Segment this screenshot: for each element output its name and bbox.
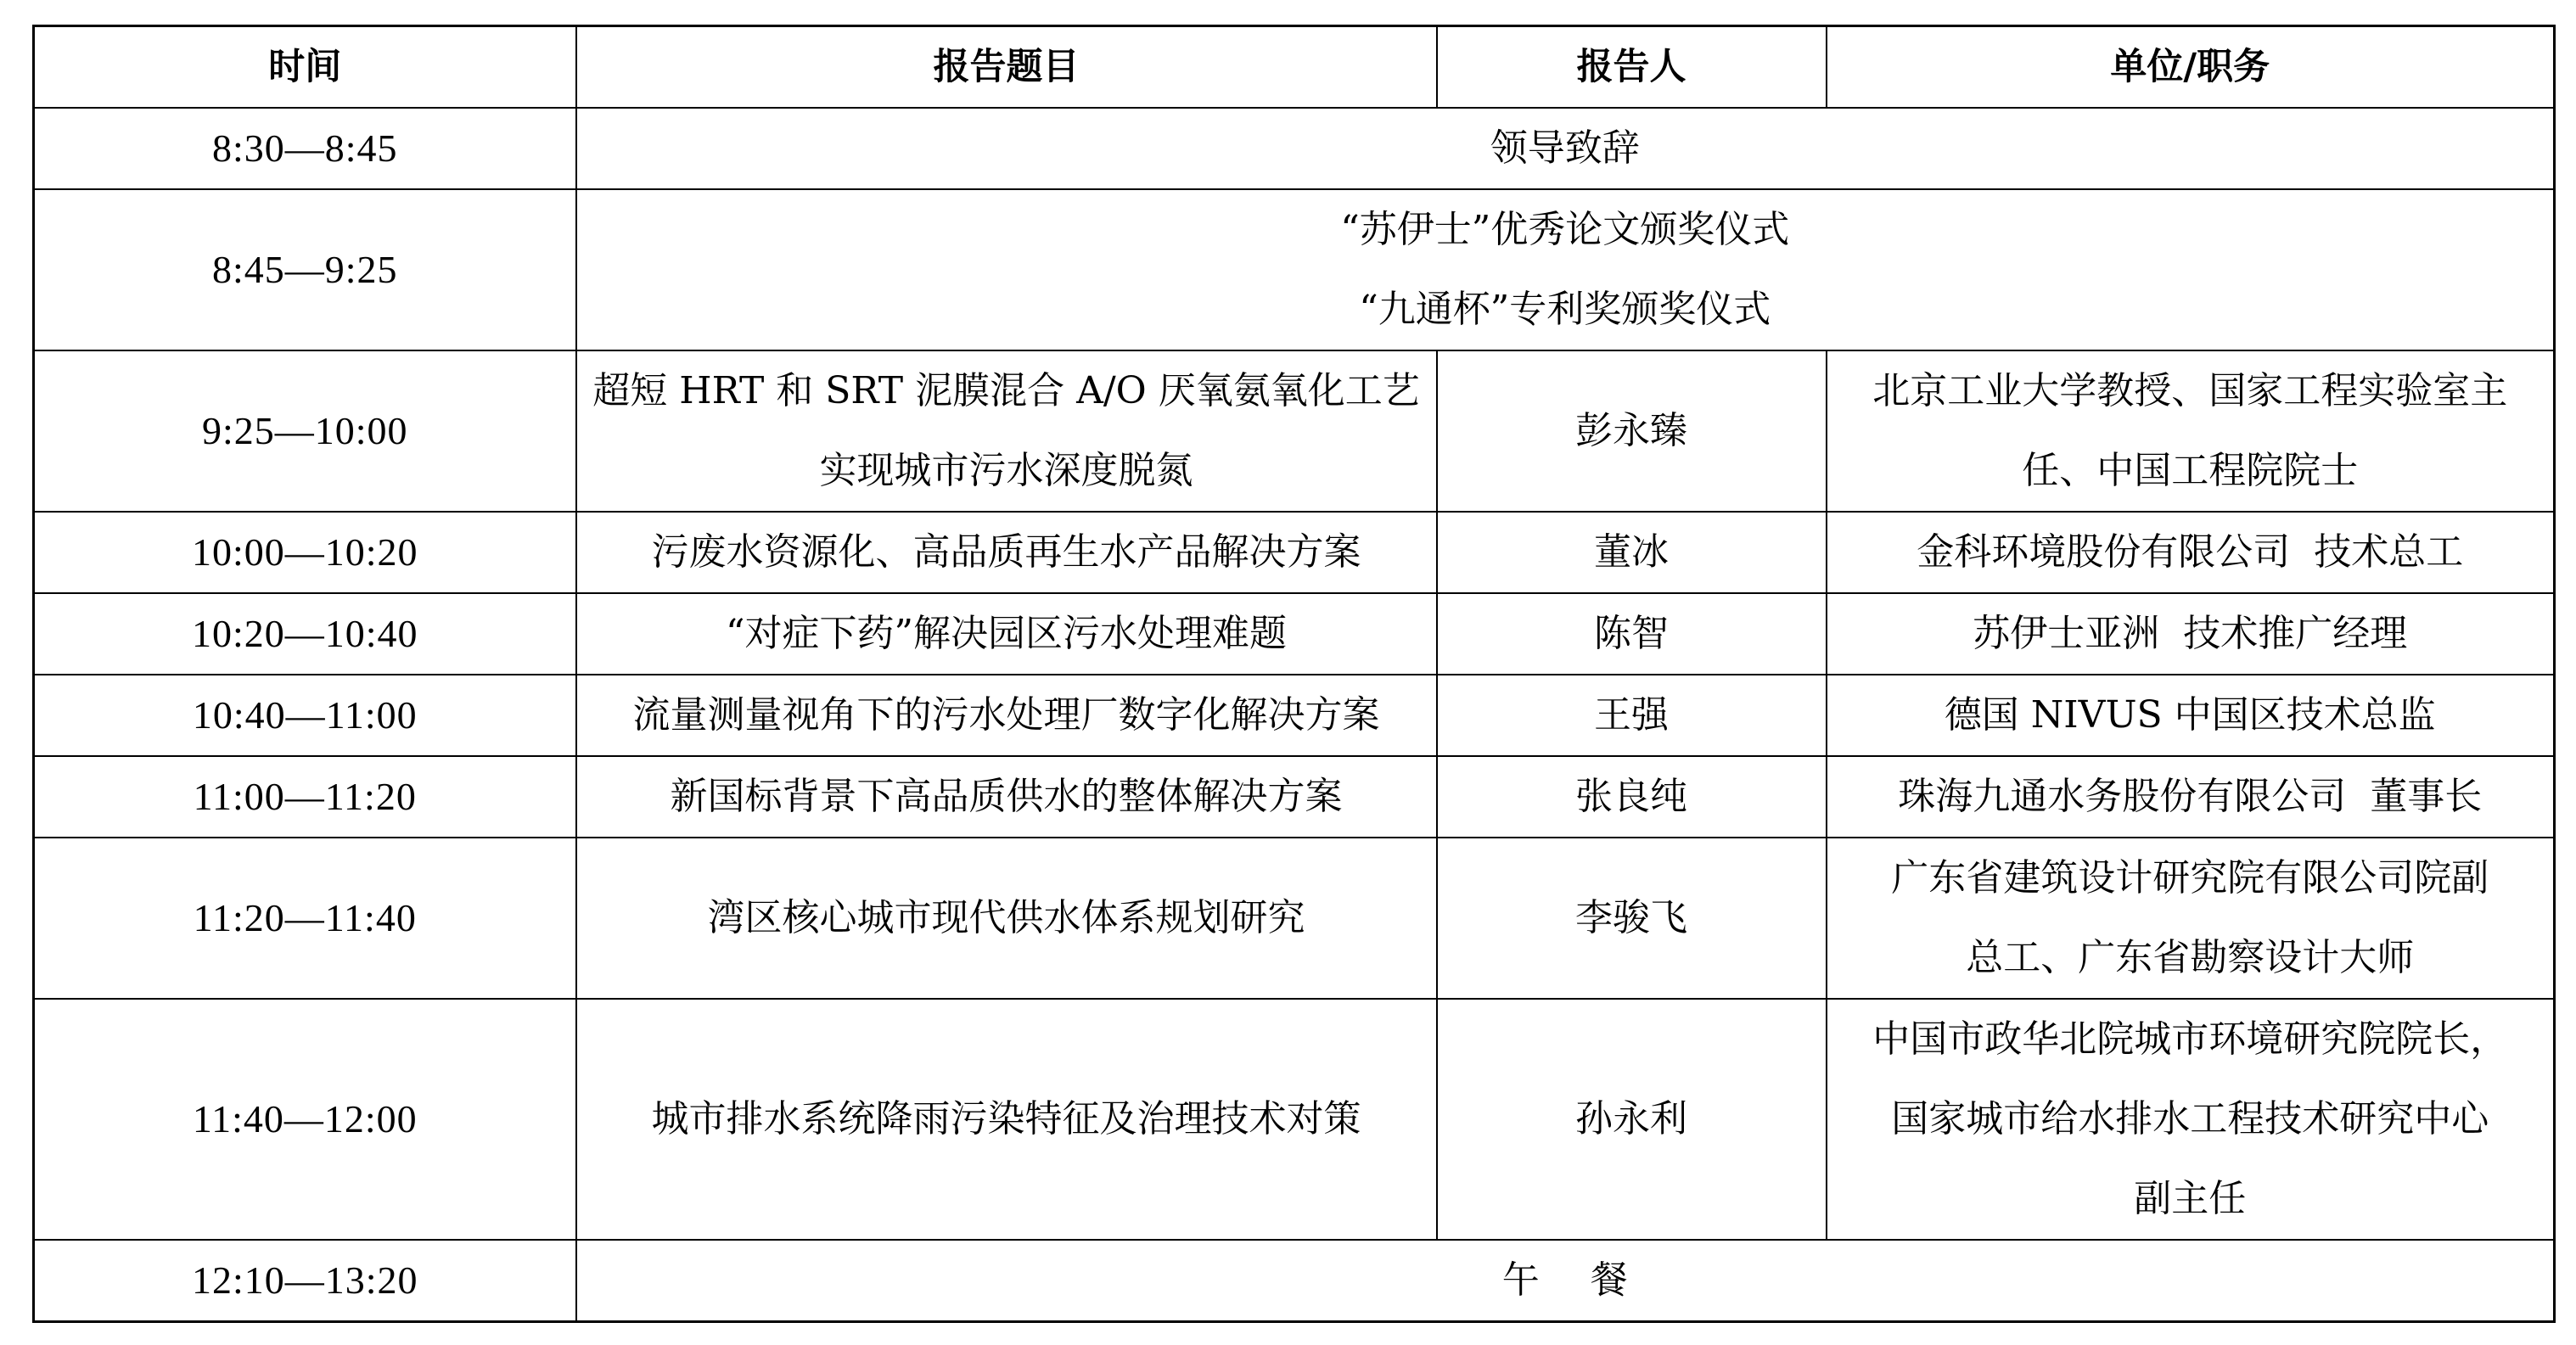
header-topic: 报告题目: [576, 26, 1437, 109]
speaker-cell: 陈智: [1437, 593, 1827, 675]
table-row: 12:10—13:20 午餐: [34, 1240, 2555, 1322]
time-cell: 10:20—10:40: [34, 593, 576, 675]
topic-cell: 污废水资源化、高品质再生水产品解决方案: [576, 512, 1437, 593]
topic-line: 实现城市污水深度脱氮: [586, 431, 1428, 511]
org-line: 金科环境股份有限公司 技术总工: [1836, 513, 2545, 592]
topic-cell: 新国标背景下高品质供水的整体解决方案: [576, 756, 1437, 838]
topic-line: 城市排水系统降雨污染特征及治理技术对策: [586, 1079, 1428, 1159]
time-cell: 11:20—11:40: [34, 838, 576, 999]
org-line: 苏伊士亚洲 技术推广经理: [1836, 594, 2545, 674]
org-cell: 北京工业大学教授、国家工程实验室主 任、中国工程院院士: [1827, 350, 2555, 512]
table-row: 11:20—11:40 湾区核心城市现代供水体系规划研究 李骏飞 广东省建筑设计…: [34, 838, 2555, 999]
topic-line: 超短 HRT 和 SRT 泥膜混合 A/O 厌氧氨氧化工艺: [586, 351, 1428, 431]
topic-cell: 超短 HRT 和 SRT 泥膜混合 A/O 厌氧氨氧化工艺 实现城市污水深度脱氮: [576, 350, 1437, 512]
table-row: 10:20—10:40 “对症下药”解决园区污水处理难题 陈智 苏伊士亚洲 技术…: [34, 593, 2555, 675]
org-cell: 广东省建筑设计研究院有限公司院副 总工、广东省勘察设计大师: [1827, 838, 2555, 999]
topic-line: “对症下药”解决园区污水处理难题: [586, 594, 1428, 674]
topic-cell: 城市排水系统降雨污染特征及治理技术对策: [576, 999, 1437, 1240]
time-cell: 8:30—8:45: [34, 108, 576, 189]
org-cell: 珠海九通水务股份有限公司 董事长: [1827, 756, 2555, 838]
time-cell: 10:40—11:00: [34, 675, 576, 756]
session-cell: “苏伊士”优秀论文颁奖仪式 “九通杯”专利奖颁奖仪式: [576, 189, 2555, 350]
table-row: 10:40—11:00 流量测量视角下的污水处理厂数字化解决方案 王强 德国 N…: [34, 675, 2555, 756]
org-line: 总工、广东省勘察设计大师: [1836, 918, 2545, 998]
session-title-part: 餐: [1591, 1258, 1628, 1302]
time-cell: 12:10—13:20: [34, 1240, 576, 1322]
org-line: 国家城市给水排水工程技术研究中心: [1836, 1079, 2545, 1159]
session-cell: 领导致辞: [576, 108, 2555, 189]
speaker-cell: 李骏飞: [1437, 838, 1827, 999]
topic-line: 湾区核心城市现代供水体系规划研究: [586, 878, 1428, 958]
header-time: 时间: [34, 26, 576, 109]
header-org: 单位/职务: [1827, 26, 2555, 109]
topic-cell: 流量测量视角下的污水处理厂数字化解决方案: [576, 675, 1437, 756]
session-cell: 午餐: [576, 1240, 2555, 1322]
org-cell: 金科环境股份有限公司 技术总工: [1827, 512, 2555, 593]
table-row: 8:30—8:45 领导致辞: [34, 108, 2555, 189]
org-line: 德国 NIVUS 中国区技术总监: [1836, 675, 2545, 755]
time-cell: 10:00—10:20: [34, 512, 576, 593]
session-title-part: 午: [1502, 1258, 1540, 1302]
session-title: “九通杯”专利奖颁奖仪式: [586, 270, 2545, 350]
time-cell: 11:40—12:00: [34, 999, 576, 1240]
org-line: 珠海九通水务股份有限公司 董事长: [1836, 757, 2545, 837]
topic-cell: 湾区核心城市现代供水体系规划研究: [576, 838, 1437, 999]
speaker-cell: 董冰: [1437, 512, 1827, 593]
speaker-cell: 彭永臻: [1437, 350, 1827, 512]
table-row: 9:25—10:00 超短 HRT 和 SRT 泥膜混合 A/O 厌氧氨氧化工艺…: [34, 350, 2555, 512]
time-cell: 9:25—10:00: [34, 350, 576, 512]
table-row: 10:00—10:20 污废水资源化、高品质再生水产品解决方案 董冰 金科环境股…: [34, 512, 2555, 593]
header-row: 时间 报告题目 报告人 单位/职务: [34, 26, 2555, 109]
speaker-cell: 张良纯: [1437, 756, 1827, 838]
time-cell: 11:00—11:20: [34, 756, 576, 838]
org-cell: 中国市政华北院城市环境研究院院长， 国家城市给水排水工程技术研究中心 副主任: [1827, 999, 2555, 1240]
session-title: “苏伊士”优秀论文颁奖仪式: [586, 190, 2545, 270]
org-cell: 苏伊士亚洲 技术推广经理: [1827, 593, 2555, 675]
table-row: 11:00—11:20 新国标背景下高品质供水的整体解决方案 张良纯 珠海九通水…: [34, 756, 2555, 838]
topic-line: 流量测量视角下的污水处理厂数字化解决方案: [586, 675, 1428, 755]
org-line: 副主任: [1836, 1159, 2545, 1239]
org-line: 广东省建筑设计研究院有限公司院副: [1836, 838, 2545, 918]
schedule-table: 时间 报告题目 报告人 单位/职务 8:30—8:45 领导致辞 8:45—9:…: [32, 25, 2556, 1323]
org-line: 北京工业大学教授、国家工程实验室主: [1836, 351, 2545, 431]
time-cell: 8:45—9:25: [34, 189, 576, 350]
org-cell: 德国 NIVUS 中国区技术总监: [1827, 675, 2555, 756]
org-line: 任、中国工程院院士: [1836, 431, 2545, 511]
session-title: 领导致辞: [586, 109, 2545, 188]
speaker-cell: 王强: [1437, 675, 1827, 756]
org-line: 中国市政华北院城市环境研究院院长，: [1836, 1000, 2545, 1079]
topic-line: 污废水资源化、高品质再生水产品解决方案: [586, 513, 1428, 592]
table-row: 8:45—9:25 “苏伊士”优秀论文颁奖仪式 “九通杯”专利奖颁奖仪式: [34, 189, 2555, 350]
header-speaker: 报告人: [1437, 26, 1827, 109]
topic-line: 新国标背景下高品质供水的整体解决方案: [586, 757, 1428, 837]
topic-cell: “对症下药”解决园区污水处理难题: [576, 593, 1437, 675]
table-row: 11:40—12:00 城市排水系统降雨污染特征及治理技术对策 孙永利 中国市政…: [34, 999, 2555, 1240]
speaker-cell: 孙永利: [1437, 999, 1827, 1240]
